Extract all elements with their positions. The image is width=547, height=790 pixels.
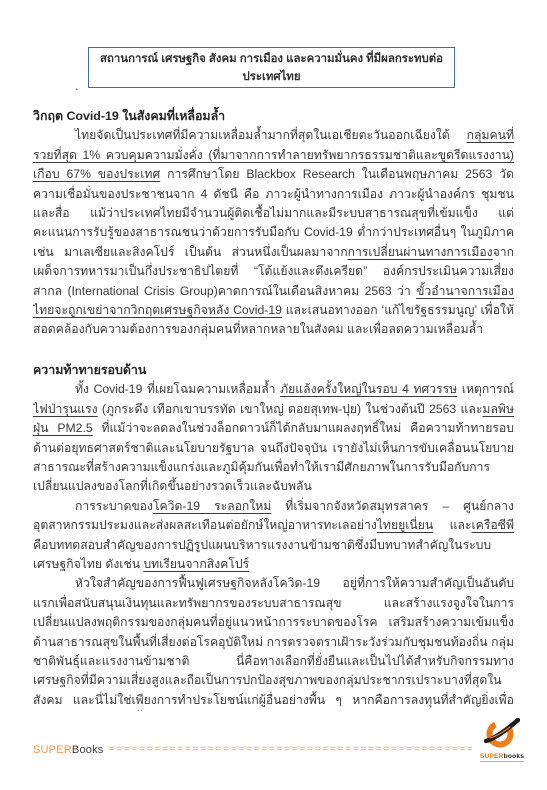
title-box: สถานการณ์ เศรษฐกิจ สังคม การเมือง และควา…: [88, 47, 455, 88]
footer-logo: SUPERbooks: [477, 718, 527, 762]
text-run: ทั้ง Covid-19 ที่เผยโฉมความเหลื่อมล้ำ: [75, 382, 280, 396]
underlined-text-run: ไฟป่ารุนแรง: [33, 402, 98, 416]
section-heading: วิกฤต Covid-19 ในสังคมที่เหลื่อมล้ำ: [33, 107, 514, 126]
underlined-text-run: โควิด-19 ระลอกใหม่: [153, 499, 271, 513]
paragraph: หัวใจสำคัญของการฟื้นฟูเศรษฐกิจหลังโควิด-…: [33, 574, 514, 711]
text-run: ไทยจัดเป็นประเทศที่มีความเหลื่อมล้ำมากที…: [75, 128, 467, 142]
document-body: วิกฤต Covid-19 ในสังคมที่เหลื่อมล้ำไทยจั…: [33, 107, 514, 711]
page-title: สถานการณ์ เศรษฐกิจ สังคม การเมือง และควา…: [95, 50, 448, 86]
underlined-text-run: บทเรียนจากสิงคโปร์: [143, 557, 249, 571]
footer-brand-left: SUPERBooks: [33, 744, 103, 762]
paragraph: การระบาดของโควิด-19 ระลอกใหม่ ที่เริ่มจา…: [33, 497, 514, 575]
text-run: ที่แม้ว่าจะลดลงในช่วงล็อกดาวน์ก็ได้กลับม…: [33, 421, 514, 493]
paragraph: ทั้ง Covid-19 ที่เผยโฉมความเหลื่อมล้ำ ภั…: [33, 380, 514, 496]
underlined-text-run: เครือซีพี: [472, 518, 515, 532]
paragraph: ไทยจัดเป็นประเทศที่มีความเหลื่อมล้ำมากที…: [33, 126, 514, 339]
stray-period-mark: .: [75, 78, 79, 93]
footer-logo-text-orange: SUPER: [480, 753, 504, 760]
text-run: การระบาดของ: [75, 499, 153, 513]
text-run: (ภูกระดึง เทือกเขาบรรทัด เขาใหญ่ ดอยสุเท…: [98, 402, 483, 416]
footer-dashed-separator: ========================================…: [108, 743, 472, 762]
footer-brand-left-dark: Books: [72, 744, 104, 756]
underlined-text-run: ไทยยูเนี่ยน: [377, 518, 433, 532]
text-run: และ: [433, 518, 471, 532]
text-run: หัวใจสำคัญของการฟื้นฟูเศรษฐกิจหลังโควิด-…: [33, 576, 514, 711]
underlined-text-run: ภัยแล้งครั้งใหญ่ในรอบ 4 ทศวรรษ: [280, 382, 457, 396]
superbooks-logo-icon: [484, 718, 520, 755]
underlined-text-run: การเปลี่ยนผ่านทางการเมือง: [348, 245, 493, 259]
text-run: เหตุการณ์: [457, 382, 514, 396]
section-heading: ความท้าทายรอบด้าน: [33, 361, 514, 380]
page-footer: SUPERBooks =============================…: [33, 718, 527, 762]
footer-logo-text-dark: books: [504, 753, 524, 760]
footer-brand-left-orange: SUPER: [33, 744, 72, 756]
footer-logo-text: SUPERbooks: [480, 753, 524, 762]
text-run: คือบททดสอบสำคัญของการปฏิรูปแผนบริหารแรงง…: [33, 538, 491, 571]
document-page: สถานการณ์ เศรษฐกิจ สังคม การเมือง และควา…: [0, 0, 547, 790]
